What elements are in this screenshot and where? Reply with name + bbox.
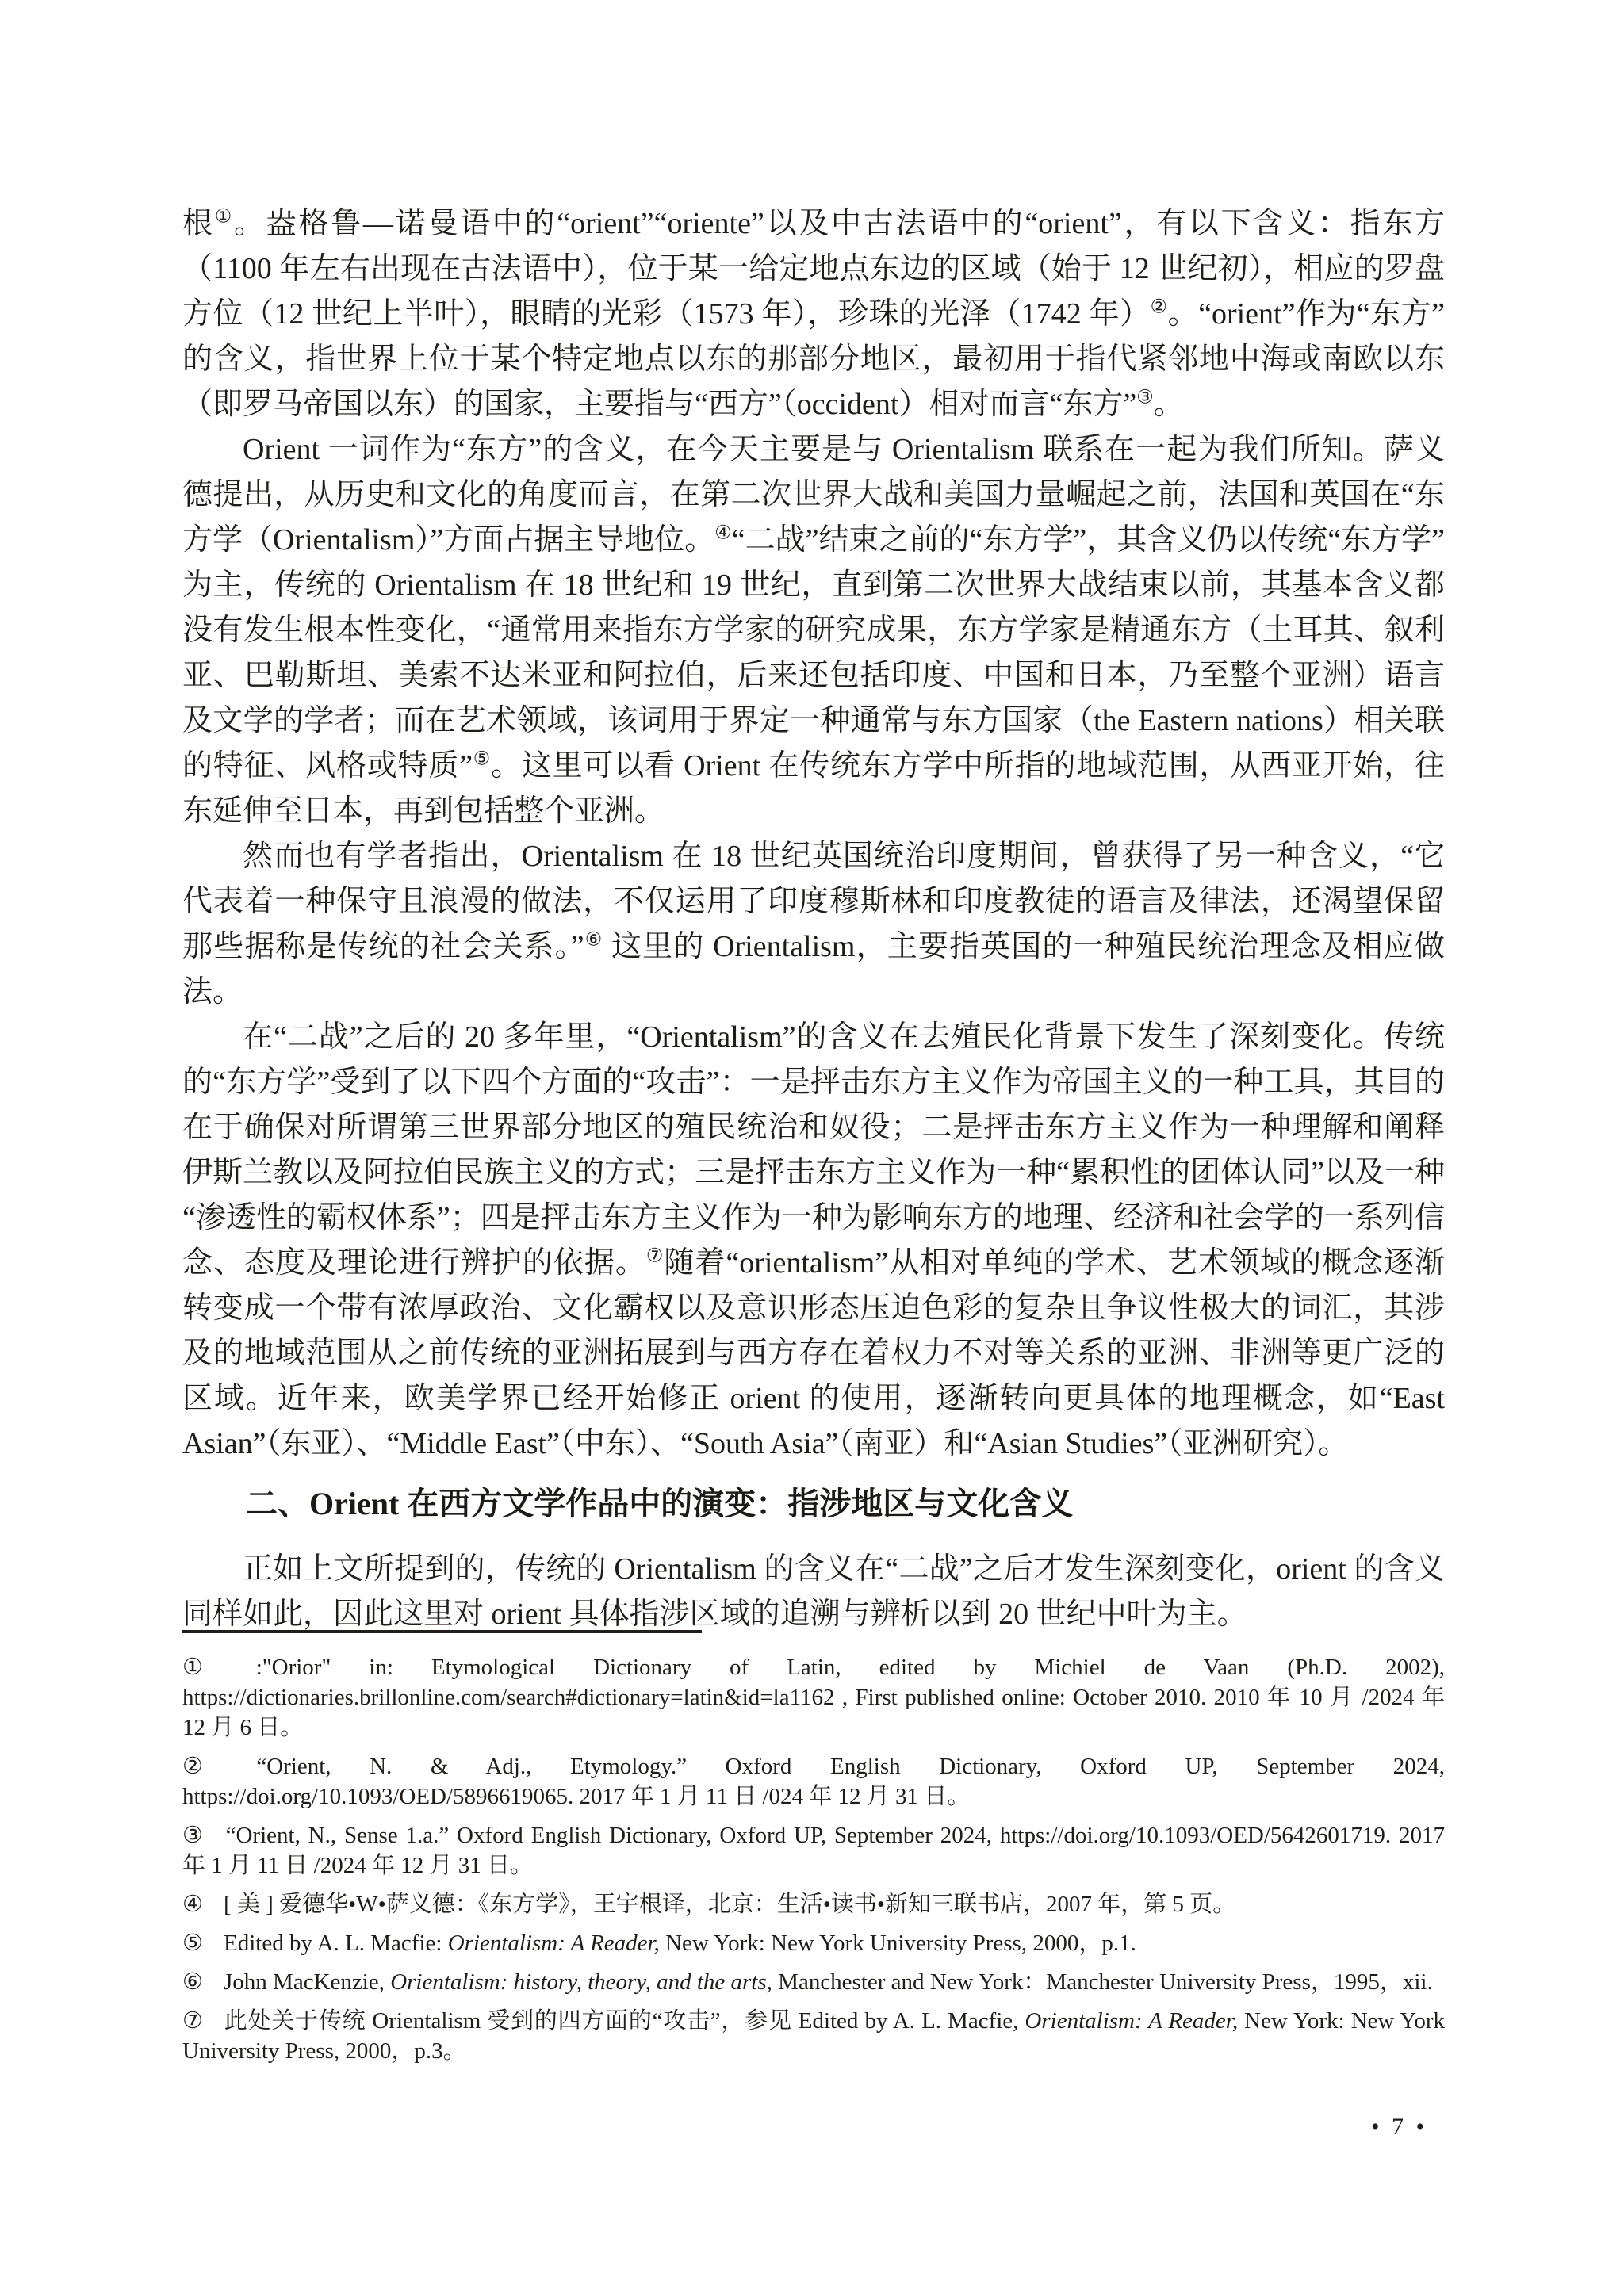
footnote-item: ④[ 美 ] 爱德华•W•萨义德：《东方学》，王宇根译，北京：生活•读书•新知三… xyxy=(182,1889,1445,1919)
book-title: Orientalism: A Reader, xyxy=(448,1931,660,1956)
text-run: :"Orior" in: Etymological Dictionary of … xyxy=(182,1655,1445,1740)
text-run: New York: New York University Press, 200… xyxy=(660,1931,1136,1956)
text-run: 在“二战”之后的 20 多年里，“Orientalism”的含义在去殖民化背景下… xyxy=(182,1020,1445,1280)
text-run: John MacKenzie, xyxy=(224,1969,390,1995)
footnote-ref: ② xyxy=(1151,297,1168,317)
body-paragraph: 然而也有学者指出，Orientalism 在 18 世纪英国统治印度期间，曾获得… xyxy=(182,834,1445,1015)
text-run: Manchester and New York：Manchester Unive… xyxy=(772,1969,1433,1995)
footnote-item: ②“Orient, N. & Adj., Etymology.” Oxford … xyxy=(182,1751,1445,1812)
footnote-ref: ④ xyxy=(714,522,732,543)
text-run: 此处关于传统 Orientalism 受到的四方面的“攻击”，参见 Edited… xyxy=(224,2008,1025,2034)
text-run: “Orient, N. & Adj., Etymology.” Oxford E… xyxy=(182,1754,1445,1809)
footnote-ref: ① xyxy=(215,206,234,227)
footnote-marker: ① xyxy=(182,1655,236,1680)
footnote-ref: ⑦ xyxy=(646,1246,665,1266)
text-run: 根 xyxy=(182,207,215,240)
footnote-marker: ⑤ xyxy=(182,1931,203,1956)
footnote-list: ①:"Orior" in: Etymological Dictionary of… xyxy=(182,1652,1445,2066)
section-heading: 二、Orient 在西方文学作品中的演变：指涉地区与文化含义 xyxy=(182,1481,1445,1526)
footnote-marker: ④ xyxy=(182,1892,203,1917)
footnote-separator-rule xyxy=(182,1630,702,1633)
footnotes-section: ①:"Orior" in: Etymological Dictionary of… xyxy=(182,1630,1445,2075)
footnote-item: ⑤Edited by A. L. Macfie: Orientalism: A … xyxy=(182,1928,1445,1958)
body-paragraph: 在“二战”之后的 20 多年里，“Orientalism”的含义在去殖民化背景下… xyxy=(182,1015,1445,1467)
footnote-item: ⑥John MacKenzie, Orientalism: history, t… xyxy=(182,1967,1445,1997)
footnote-marker: ⑦ xyxy=(182,2008,204,2034)
text-run: 。 xyxy=(1154,388,1184,421)
footnote-marker: ② xyxy=(182,1754,236,1779)
page-number: • 7 • xyxy=(1371,2114,1427,2141)
text-run: [ 美 ] 爱德华•W•萨义德：《东方学》，王宇根译，北京：生活•读书•新知三联… xyxy=(224,1892,1235,1917)
footnote-ref: ③ xyxy=(1136,387,1154,408)
body-paragraph: Orient 一词作为“东方”的含义，在今天主要是与 Orientalism 联… xyxy=(182,427,1445,834)
footnote-marker: ③ xyxy=(182,1823,205,1848)
text-run: “二战”结束之前的“东方学”，其含义仍以传统“东方学”为主，传统的 Orient… xyxy=(182,523,1445,783)
body-content: 根①。盎格鲁—诺曼语中的“orient”“oriente”以及中古法语中的“or… xyxy=(182,201,1445,1637)
footnote-item: ③“Orient, N., Sense 1.a.” Oxford English… xyxy=(182,1820,1445,1881)
document-page: 根①。盎格鲁—诺曼语中的“orient”“oriente”以及中古法语中的“or… xyxy=(0,0,1624,2296)
footnote-marker: ⑥ xyxy=(182,1969,203,1995)
book-title: Orientalism: history, theory, and the ar… xyxy=(390,1969,772,1995)
footnote-item: ⑦此处关于传统 Orientalism 受到的四方面的“攻击”，参见 Edite… xyxy=(182,2006,1445,2066)
body-paragraph: 根①。盎格鲁—诺曼语中的“orient”“oriente”以及中古法语中的“or… xyxy=(182,201,1445,427)
footnote-item: ①:"Orior" in: Etymological Dictionary of… xyxy=(182,1652,1445,1743)
body-paragraph: 正如上文所提到的，传统的 Orientalism 的含义在“二战”之后才发生深刻… xyxy=(182,1547,1445,1637)
body-paragraphs-before-heading: 根①。盎格鲁—诺曼语中的“orient”“oriente”以及中古法语中的“or… xyxy=(182,201,1445,1467)
book-title: Orientalism: A Reader, xyxy=(1025,2008,1238,2034)
text-run: “Orient, N., Sense 1.a.” Oxford English … xyxy=(182,1823,1445,1878)
text-run: Edited by A. L. Macfie: xyxy=(224,1931,448,1956)
text-run: 正如上文所提到的，传统的 Orientalism 的含义在“二战”之后才发生深刻… xyxy=(182,1552,1445,1631)
footnote-ref: ⑤ xyxy=(473,748,491,769)
footnote-ref: ⑥ xyxy=(584,929,603,950)
body-paragraphs-after-heading: 正如上文所提到的，传统的 Orientalism 的含义在“二战”之后才发生深刻… xyxy=(182,1547,1445,1637)
